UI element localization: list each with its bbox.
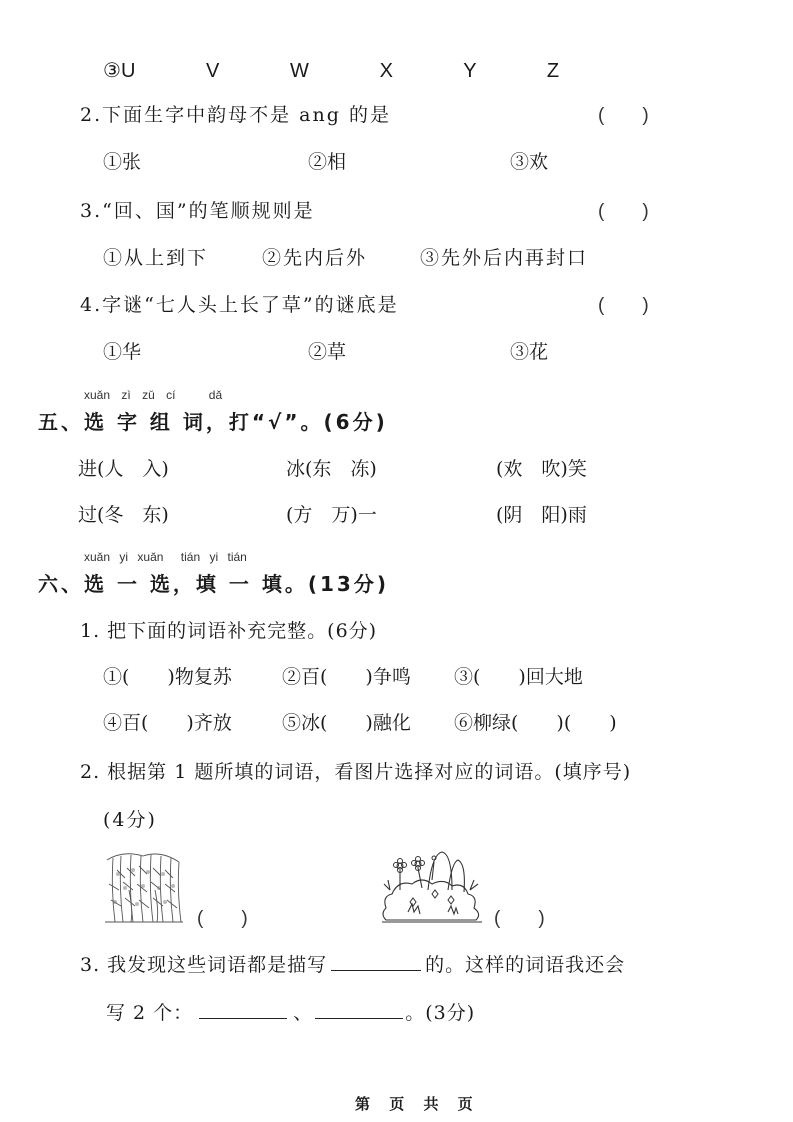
question-number: 2. xyxy=(80,104,102,126)
example-word-blank-1[interactable] xyxy=(199,1000,287,1019)
s6-question-3-line1: 3. 我发现这些词语都是描写的。这样的词语我还会 xyxy=(80,950,625,977)
option-marker: ③ xyxy=(510,341,529,363)
willow-trees-illustration xyxy=(103,850,185,925)
word-choice-2[interactable]: 冰(东 冻) xyxy=(286,454,377,481)
s6-question-1: 1. 把下面的词语补充完整。(6分) xyxy=(80,616,377,643)
flower-answer-box[interactable]: ( ) xyxy=(494,903,545,930)
option-text: 从上到下 xyxy=(124,247,208,269)
option-text: 草 xyxy=(327,341,346,363)
word-choice-6[interactable]: (阴 阳)雨 xyxy=(496,500,587,527)
word-choice-3[interactable]: (欢 吹)笑 xyxy=(496,454,587,481)
question-number: 3. xyxy=(80,200,102,222)
question-text: “回、国”的笔顺规则是 xyxy=(102,200,314,222)
example-word-blank-2[interactable] xyxy=(315,1000,403,1019)
question-2: 2.下面生字中韵母不是 ang 的是 xyxy=(80,100,391,127)
word-choice-4[interactable]: 过(冬 东) xyxy=(78,500,169,527)
option-marker: ③ xyxy=(510,151,529,173)
option-text: 先外后内再封口 xyxy=(441,247,588,269)
q2-answer-box[interactable]: ( ) xyxy=(598,100,649,127)
section-5-pinyin: xuǎn zì zǔ cí dǎ xyxy=(84,388,222,402)
page-footer: 第 页 共 页 xyxy=(355,1093,480,1114)
option-marker: ① xyxy=(103,341,122,363)
question-number: 4. xyxy=(80,294,102,316)
question-text: 写 2 个： xyxy=(106,1002,193,1024)
q3-option-1: ①从上到下 xyxy=(103,243,208,270)
question-3: 3.“回、国”的笔顺规则是 xyxy=(80,196,315,223)
option-marker: ② xyxy=(308,151,327,173)
willow-answer-box[interactable]: ( ) xyxy=(197,903,248,930)
word-choice-1[interactable]: 进(人 入) xyxy=(78,454,169,481)
q4-option-1: ①华 xyxy=(103,337,141,364)
option-marker: ② xyxy=(308,341,327,363)
pinyin-syllable: zǔ xyxy=(142,388,155,402)
section-5-title: 五、选 字 组 词，打“√”。(6分) xyxy=(38,406,388,435)
s6-question-2-score: (4分) xyxy=(103,805,157,832)
q4-option-3: ③花 xyxy=(510,337,548,364)
q3-answer-box[interactable]: ( ) xyxy=(598,196,649,223)
word-choice-5[interactable]: (方 万)一 xyxy=(286,500,377,527)
q3-option-2: ②先内后外 xyxy=(262,243,367,270)
question-text: 的。这样的词语我还会 xyxy=(425,954,625,976)
fill-blank-3[interactable]: ③( )回大地 xyxy=(454,662,583,689)
q3-option-3: ③先外后内再封口 xyxy=(420,243,588,270)
question-text: 3. 我发现这些词语都是描写 xyxy=(80,954,327,976)
fill-blank-1[interactable]: ①( )物复苏 xyxy=(103,662,232,689)
option-text: U V W X Y Z xyxy=(121,60,559,82)
option-text: 欢 xyxy=(529,151,548,173)
option-text: 先内后外 xyxy=(283,247,367,269)
question-text: 。(3分) xyxy=(405,1002,475,1024)
option-text: 华 xyxy=(122,341,141,363)
q4-answer-box[interactable]: ( ) xyxy=(598,290,649,317)
fill-blank-4[interactable]: ④百( )齐放 xyxy=(103,708,232,735)
question-text: 下面生字中韵母不是 ang 的是 xyxy=(102,104,391,126)
flower-bush-icon xyxy=(378,850,488,925)
option-marker: ① xyxy=(103,247,124,269)
option-text: 相 xyxy=(327,151,346,173)
section-6-title: 六、选 一 选，填 一 填。(13分) xyxy=(38,568,389,597)
s6-question-3-line2: 写 2 个：、。(3分) xyxy=(106,998,475,1025)
question-text: 字谜“七人头上长了草”的谜底是 xyxy=(102,294,398,316)
pinyin-syllable: xuǎn xyxy=(84,388,110,402)
flower-bush-illustration xyxy=(378,850,488,925)
option-text: 张 xyxy=(122,151,141,173)
q2-option-3: ③欢 xyxy=(510,147,548,174)
option-marker: ③ xyxy=(103,60,121,82)
question-4: 4.字谜“七人头上长了草”的谜底是 xyxy=(80,290,399,317)
pinyin-syllable: dǎ xyxy=(209,388,222,402)
separator: 、 xyxy=(293,1002,313,1024)
s6-question-2: 2. 根据第 1 题所填的词语，看图片选择对应的词语。(填序号) xyxy=(80,757,631,784)
pinyin-syllable: cí xyxy=(166,388,175,402)
q4-option-2: ②草 xyxy=(308,337,346,364)
option-marker: ② xyxy=(262,247,283,269)
description-blank[interactable] xyxy=(331,952,421,971)
option-marker: ③ xyxy=(420,247,441,269)
q1-option-3: ③U V W X Y Z xyxy=(103,58,559,83)
option-text: 花 xyxy=(529,341,548,363)
fill-blank-2[interactable]: ②百( )争鸣 xyxy=(282,662,411,689)
fill-blank-5[interactable]: ⑤冰( )融化 xyxy=(282,708,411,735)
pinyin-syllable: yi xyxy=(119,550,128,564)
pinyin-syllable: zì xyxy=(121,388,130,402)
pinyin-syllable: tián xyxy=(227,550,246,564)
fill-blank-6[interactable]: ⑥柳绿( )( ) xyxy=(454,708,617,735)
q2-option-2: ②相 xyxy=(308,147,346,174)
pinyin-syllable: xuǎn xyxy=(137,550,163,564)
pinyin-syllable: tián xyxy=(181,550,200,564)
option-marker: ① xyxy=(103,151,122,173)
willow-icon xyxy=(103,850,185,925)
pinyin-syllable: yi xyxy=(209,550,218,564)
section-6-pinyin: xuǎn yi xuǎn tián yi tián xyxy=(84,550,247,564)
q2-option-1: ①张 xyxy=(103,147,141,174)
pinyin-syllable: xuǎn xyxy=(84,550,110,564)
